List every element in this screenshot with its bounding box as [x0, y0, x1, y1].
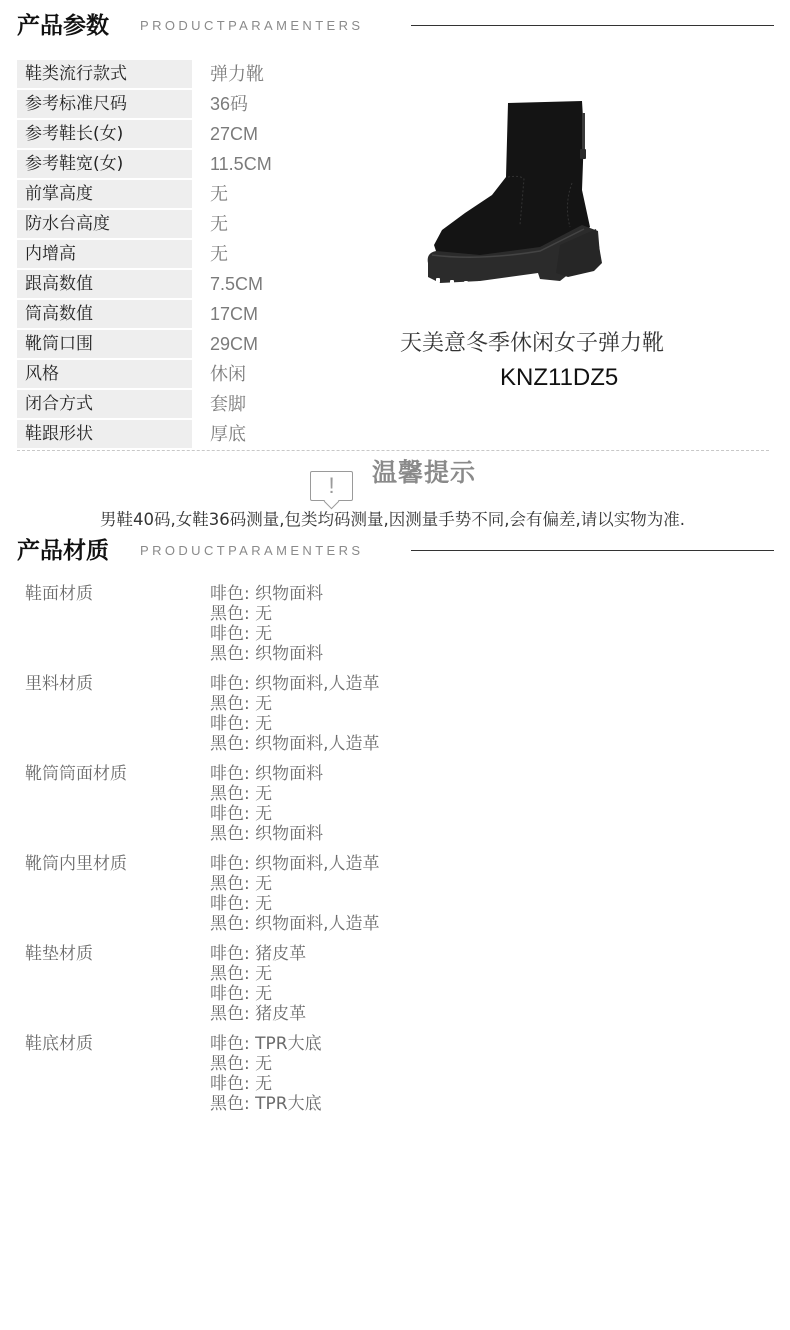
section-subtitle: PRODUCTPARAMENTERS [140, 534, 363, 568]
material-group: 里料材质 啡色: 织物面料,人造革 黑色: 无 啡色: 无 黑色: 织物面料,人… [25, 674, 525, 764]
param-value: 套脚 [210, 390, 246, 418]
materials-list: 鞋面材质 啡色: 织物面料 黑色: 无 啡色: 无 黑色: 织物面料 里料材质 … [25, 584, 525, 1124]
param-label: 防水台高度 [17, 210, 192, 238]
section-rule [411, 550, 774, 551]
material-value: 黑色: 无 [210, 694, 380, 714]
param-value: 无 [210, 210, 228, 238]
material-value: 啡色: TPR大底 [210, 1034, 322, 1054]
param-row: 鞋类流行款式弹力靴 [17, 60, 377, 90]
material-label: 靴筒内里材质 [25, 854, 127, 874]
section-title: 产品参数 [17, 9, 109, 43]
material-group: 靴筒内里材质 啡色: 织物面料,人造革 黑色: 无 啡色: 无 黑色: 织物面料… [25, 854, 525, 944]
material-value: 啡色: 织物面料 [210, 584, 323, 604]
param-row: 参考标准尺码36码 [17, 90, 377, 120]
tip-text: 男鞋40码,女鞋36码测量,包类均码测量,因测量手势不同,会有偏差,请以实物为准… [100, 506, 685, 530]
param-row: 参考鞋长(女)27CM [17, 120, 377, 150]
param-label: 靴筒口围 [17, 330, 192, 358]
param-label: 闭合方式 [17, 390, 192, 418]
material-value: 啡色: 无 [210, 714, 380, 734]
material-value: 啡色: 猪皮革 [210, 944, 306, 964]
material-value: 黑色: 无 [210, 1054, 322, 1074]
material-value: 啡色: 无 [210, 1074, 322, 1094]
param-label: 风格 [17, 360, 192, 388]
material-value: 黑色: 无 [210, 604, 323, 624]
params-table: 鞋类流行款式弹力靴 参考标准尺码36码 参考鞋长(女)27CM 参考鞋宽(女)1… [17, 60, 377, 450]
material-value: 黑色: 无 [210, 874, 380, 894]
param-value: 17CM [210, 300, 258, 328]
param-value: 29CM [210, 330, 258, 358]
material-value: 黑色: 无 [210, 964, 306, 984]
param-label: 参考标准尺码 [17, 90, 192, 118]
material-label: 鞋底材质 [25, 1034, 93, 1054]
material-value: 黑色: 织物面料,人造革 [210, 914, 380, 934]
material-label: 靴筒筒面材质 [25, 764, 127, 784]
param-row: 靴筒口围29CM [17, 330, 377, 360]
param-value: 7.5CM [210, 270, 263, 298]
material-value: 黑色: 织物面料 [210, 824, 323, 844]
material-value: 啡色: 无 [210, 804, 323, 824]
product-name: 天美意冬季休闲女子弹力靴 [400, 326, 664, 357]
param-label: 筒高数值 [17, 300, 192, 328]
material-group: 鞋底材质 啡色: TPR大底 黑色: 无 啡色: 无 黑色: TPR大底 [25, 1034, 525, 1124]
boot-icon [420, 95, 610, 295]
material-label: 鞋垫材质 [25, 944, 93, 964]
material-label: 里料材质 [25, 674, 93, 694]
param-row: 参考鞋宽(女)11.5CM [17, 150, 377, 180]
material-group: 靴筒筒面材质 啡色: 织物面料 黑色: 无 啡色: 无 黑色: 织物面料 [25, 764, 525, 854]
material-group: 鞋垫材质 啡色: 猪皮革 黑色: 无 啡色: 无 黑色: 猪皮革 [25, 944, 525, 1034]
material-value: 啡色: 无 [210, 624, 323, 644]
tip-title: 温馨提示 [372, 453, 476, 489]
material-value: 啡色: 织物面料,人造革 [210, 674, 380, 694]
material-value: 黑色: TPR大底 [210, 1094, 322, 1114]
section-rule [411, 25, 774, 26]
material-value: 啡色: 无 [210, 894, 380, 914]
param-label: 鞋跟形状 [17, 420, 192, 448]
param-label: 参考鞋长(女) [17, 120, 192, 148]
section-header-materials: 产品材质 PRODUCTPARAMENTERS [17, 534, 774, 568]
param-label: 内增高 [17, 240, 192, 268]
product-image [420, 95, 610, 295]
param-label: 鞋类流行款式 [17, 60, 192, 88]
param-row: 筒高数值17CM [17, 300, 377, 330]
param-value: 11.5CM [210, 150, 272, 178]
param-value: 厚底 [210, 420, 246, 448]
param-value: 弹力靴 [210, 60, 264, 88]
material-value: 黑色: 猪皮革 [210, 1004, 306, 1024]
param-label: 前掌高度 [17, 180, 192, 208]
material-value: 黑色: 无 [210, 784, 323, 804]
material-value: 黑色: 织物面料,人造革 [210, 734, 380, 754]
section-header-params: 产品参数 PRODUCTPARAMENTERS [17, 9, 774, 43]
dashed-divider [17, 450, 769, 451]
param-row: 前掌高度无 [17, 180, 377, 210]
param-row: 风格休闲 [17, 360, 377, 390]
material-group: 鞋面材质 啡色: 织物面料 黑色: 无 啡色: 无 黑色: 织物面料 [25, 584, 525, 674]
param-value: 休闲 [210, 360, 246, 388]
param-value: 27CM [210, 120, 258, 148]
material-value: 啡色: 织物面料 [210, 764, 323, 784]
param-value: 无 [210, 180, 228, 208]
param-row: 内增高无 [17, 240, 377, 270]
product-code: KNZ11DZ5 [500, 364, 618, 392]
material-value: 黑色: 织物面料 [210, 644, 323, 664]
param-value: 36码 [210, 90, 248, 118]
material-value: 啡色: 织物面料,人造革 [210, 854, 380, 874]
param-row: 闭合方式套脚 [17, 390, 377, 420]
exclamation-speech-bubble-icon: ! [310, 471, 353, 501]
param-row: 鞋跟形状厚底 [17, 420, 377, 450]
material-label: 鞋面材质 [25, 584, 93, 604]
param-row: 跟高数值7.5CM [17, 270, 377, 300]
param-label: 参考鞋宽(女) [17, 150, 192, 178]
section-title: 产品材质 [17, 534, 109, 568]
param-label: 跟高数值 [17, 270, 192, 298]
param-value: 无 [210, 240, 228, 268]
section-subtitle: PRODUCTPARAMENTERS [140, 9, 363, 43]
material-value: 啡色: 无 [210, 984, 306, 1004]
param-row: 防水台高度无 [17, 210, 377, 240]
